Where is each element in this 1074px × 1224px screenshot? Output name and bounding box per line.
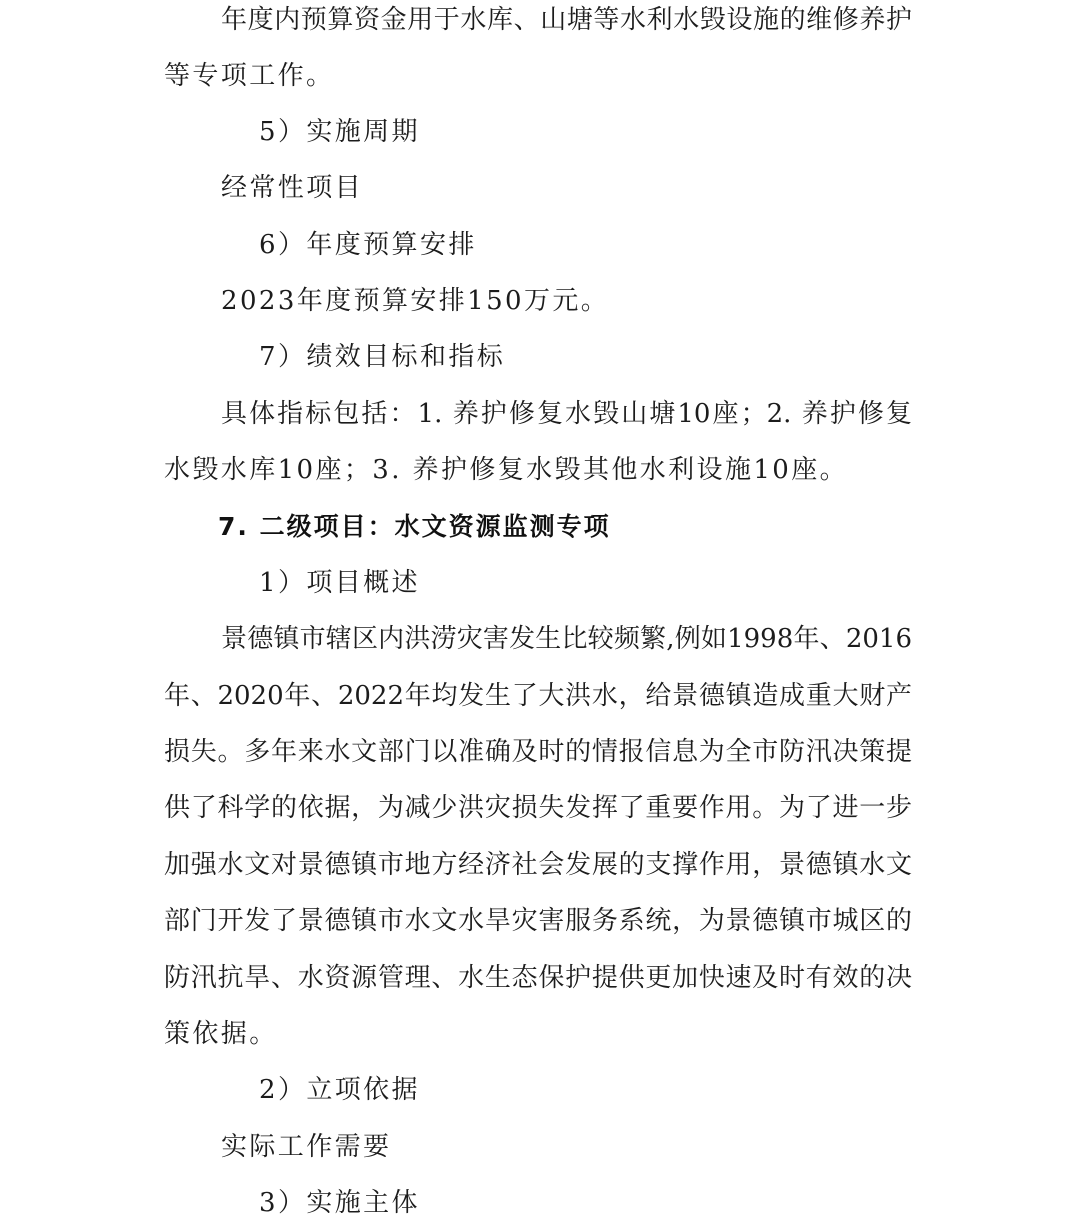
paragraph-line: 防汛抗旱、水资源管理、水生态保护提供更加快速及时有效的决 xyxy=(164,958,912,998)
subheading-implementing-entity: 3）实施主体 xyxy=(259,1183,420,1223)
paragraph-line: 2023年度预算安排150万元。 xyxy=(221,281,609,321)
subheading-project-overview: 1）项目概述 xyxy=(259,563,420,603)
paragraph-line: 年、2020年、2022年均发生了大洪水，给景德镇造成重大财产 xyxy=(164,676,912,716)
paragraph-line: 部门开发了景德镇市水文水旱灾害服务系统，为景德镇市城区的 xyxy=(164,901,912,941)
subheading-annual-budget: 6）年度预算安排 xyxy=(259,225,477,265)
paragraph-line: 供了科学的依据，为减少洪灾损失发挥了重要作用。为了进一步 xyxy=(164,788,912,828)
paragraph-line: 具体指标包括：1. 养护修复水毁山塘10座；2. 养护修复 xyxy=(221,394,912,434)
paragraph-line: 损失。多年来水文部门以准确及时的情报信息为全市防汛决策提 xyxy=(164,732,912,772)
paragraph-line: 经常性项目 xyxy=(221,168,363,208)
paragraph-line: 年度内预算资金用于水库、山塘等水利水毁设施的维修养护 xyxy=(221,0,912,40)
subheading-performance-targets: 7）绩效目标和指标 xyxy=(259,337,505,377)
paragraph-line: 等专项工作。 xyxy=(164,56,334,96)
document-page: 年度内预算资金用于水库、山塘等水利水毁设施的维修养护 等专项工作。 5）实施周期… xyxy=(0,0,1074,1224)
section-heading: 7. 二级项目：水文资源监测专项 xyxy=(218,507,611,547)
paragraph-line: 景德镇市辖区内洪涝灾害发生比较频繁,例如1998年、2016 xyxy=(221,619,912,659)
subheading-implementation-period: 5）实施周期 xyxy=(259,112,420,152)
paragraph-line: 实际工作需要 xyxy=(221,1127,391,1167)
paragraph-line: 策依据。 xyxy=(164,1014,278,1054)
paragraph-line: 水毁水库10座；3. 养护修复水毁其他水利设施10座。 xyxy=(164,450,848,490)
paragraph-line: 加强水文对景德镇市地方经济社会发展的支撑作用，景德镇水文 xyxy=(164,845,912,885)
subheading-project-basis: 2）立项依据 xyxy=(259,1070,420,1110)
